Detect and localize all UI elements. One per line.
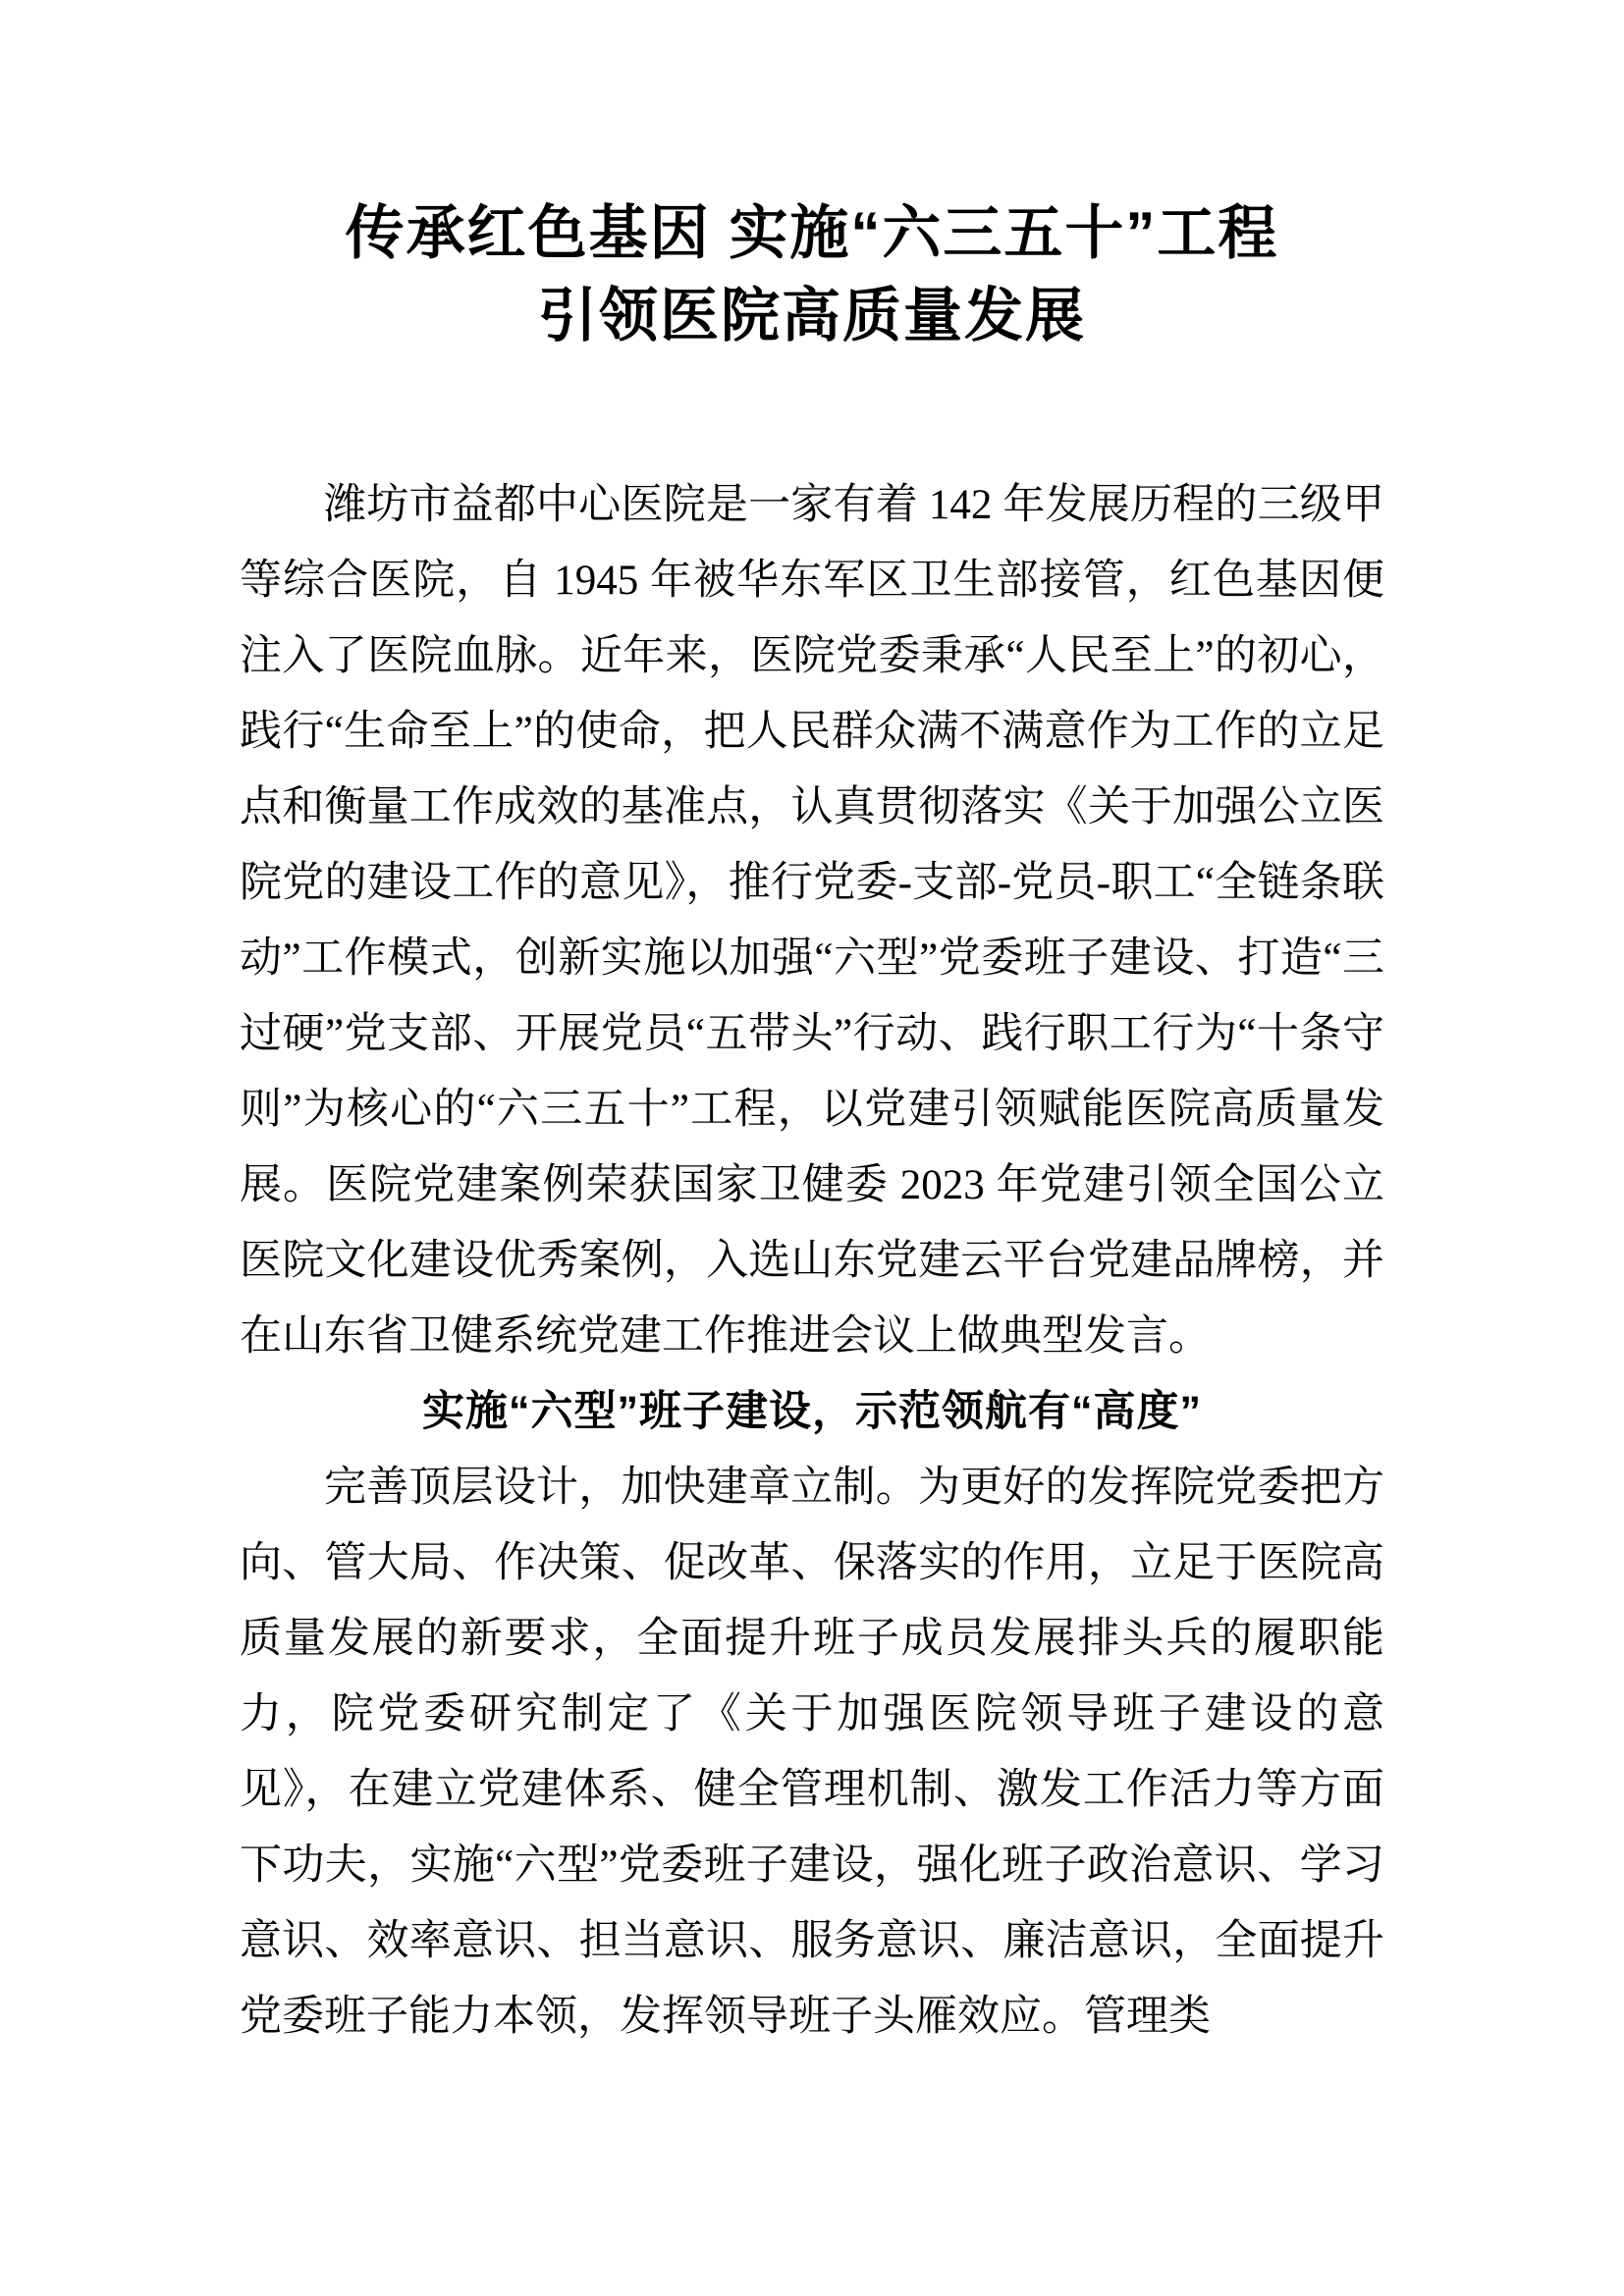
document-title: 传承红色基因 实施“六三五十”工程 引领医院高质量发展 (240, 192, 1384, 357)
title-line-2: 引领医院高质量发展 (240, 275, 1384, 357)
document-page: 传承红色基因 实施“六三五十”工程 引领医院高质量发展 潍坊市益都中心医院是一家… (0, 0, 1624, 2296)
paragraph-section-body: 完善顶层设计，加快建章立制。为更好的发挥院党委把方向、管大局、作决策、促改革、保… (240, 1450, 1384, 2055)
section-heading: 实施“六型”班子建设，示范领航有“高度” (240, 1374, 1384, 1450)
title-line-1: 传承红色基因 实施“六三五十”工程 (240, 192, 1384, 275)
paragraph-intro: 潍坊市益都中心医院是一家有着 142 年发展历程的三级甲等综合医院，自 1945… (240, 467, 1384, 1374)
